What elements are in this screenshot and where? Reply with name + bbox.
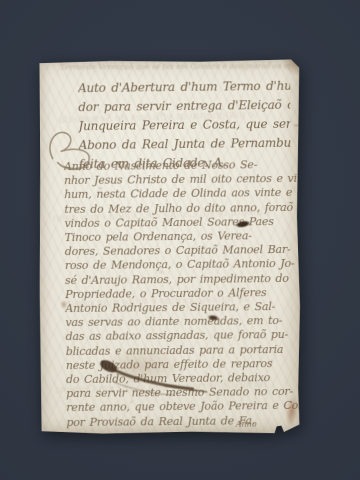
handwriting-line: por Provisaõ da Real Junta de Fa. — [66, 413, 301, 429]
ink-smear — [94, 356, 212, 405]
handwriting-line: Abono da Real Junta de Pernambuco — [79, 134, 291, 155]
handwriting-line: dor para servir entrega d'Eleiçaõ o João — [78, 96, 290, 117]
corner-stain — [280, 59, 302, 75]
showthrough-top-line: Termo de Vereaçaõ que se fez em Camara e… — [60, 61, 290, 71]
photo-background: Termo de Vereaçaõ que se fez em Camara e… — [0, 0, 360, 480]
handwriting-line: vindos o Capitaõ Manoel Soares Paes — [64, 215, 300, 231]
manuscript-page-wrapper: Termo de Vereaçaõ que se fez em Camara e… — [38, 59, 302, 434]
manuscript-page: Termo de Vereaçaõ que se fez em Camara e… — [38, 59, 302, 434]
handwriting-line: Junqueira Pereira e Costa, que serve par… — [78, 115, 290, 136]
handwriting-line: Auto d'Abertura d'hum Termo d'hum Verea- — [78, 77, 290, 98]
catchword: Anno — [236, 420, 257, 429]
margin-stain — [59, 298, 68, 310]
